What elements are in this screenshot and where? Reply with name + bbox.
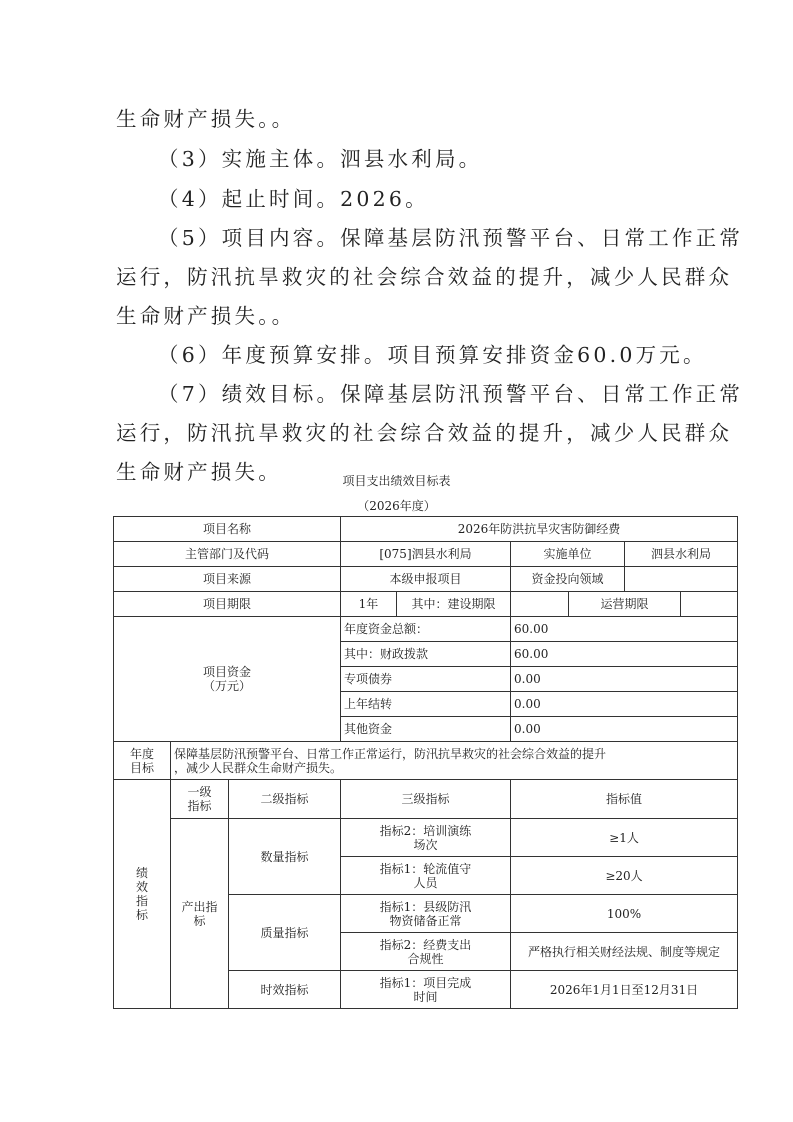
funds-row-value: 0.00 (511, 667, 738, 692)
level3-indicator: 指标1：轮流值守人员 (341, 857, 511, 895)
impl-unit: 泗县水利局 (625, 542, 738, 567)
source: 本级申报项目 (341, 567, 511, 592)
paragraph-goal: （7）绩效目标。保障基层防汛预警平台、日常工作正常 (116, 375, 728, 413)
header-level2: 二级指标 (229, 780, 341, 819)
level2-quality: 质量指标 (229, 895, 341, 971)
paragraph-implementer: （3）实施主体。泗县水利局。 (116, 140, 728, 178)
build-period (511, 592, 569, 617)
level2-quantity: 数量指标 (229, 819, 341, 895)
op-period (681, 592, 738, 617)
period-label: 项目期限 (114, 592, 341, 617)
funds-label: 项目资金（万元） (114, 617, 341, 742)
project-name: 2026年防洪抗旱灾害防御经费 (341, 517, 738, 542)
funds-row-label: 其中：财政拨款 (341, 642, 511, 667)
impl-unit-label: 实施单位 (511, 542, 625, 567)
level1-output: 产出指标 (171, 819, 229, 1009)
funds-row-value: 0.00 (511, 692, 738, 717)
paragraph-content: （5）项目内容。保障基层防汛预警平台、日常工作正常 (116, 219, 728, 257)
level3-indicator: 指标1：项目完成时间 (341, 971, 511, 1009)
funds-row-value: 60.00 (511, 617, 738, 642)
build-period-label: 其中：建设期限 (397, 592, 511, 617)
paragraph-line: 生命财产损失。。 (116, 100, 686, 138)
header-level1: 一级指标 (171, 780, 229, 819)
paragraph-period: （4）起止时间。2026。 (116, 180, 728, 218)
indicator-value: 2026年1月1日至12月31日 (511, 971, 738, 1009)
funds-row-label: 年度资金总额： (341, 617, 511, 642)
paragraph-line: 运行，防汛抗旱救灾的社会综合效益的提升，减少人民群众 (116, 258, 686, 296)
invest-area (625, 567, 738, 592)
level3-indicator: 指标1：县级防汛物资储备正常 (341, 895, 511, 933)
invest-area-label: 资金投向领域 (511, 567, 625, 592)
period: 1年 (341, 592, 397, 617)
indicator-value: 严格执行相关财经法规、制度等规定 (511, 933, 738, 971)
indicator-value: 100% (511, 895, 738, 933)
funds-row-value: 0.00 (511, 717, 738, 742)
paragraph-budget: （6）年度预算安排。项目预算安排资金60.0万元。 (116, 336, 728, 374)
funds-row-label: 上年结转 (341, 692, 511, 717)
table-title: 项目支出绩效目标表 (0, 472, 793, 489)
indicator-value: ≥1人 (511, 819, 738, 857)
funds-row-label: 其他资金 (341, 717, 511, 742)
header-level3: 三级指标 (341, 780, 511, 819)
header-value: 指标值 (511, 780, 738, 819)
source-label: 项目来源 (114, 567, 341, 592)
level2-timeliness: 时效指标 (229, 971, 341, 1009)
annual-goal: 保障基层防汛预警平台、日常工作正常运行，防汛抗旱救灾的社会综合效益的提升，减少人… (171, 742, 738, 780)
table-subtitle: （2026年度） (0, 497, 793, 514)
funds-row-label: 专项债券 (341, 667, 511, 692)
perf-indicator-label: 绩效指标 (114, 780, 171, 1009)
annual-goal-label: 年度目标 (114, 742, 171, 780)
level3-indicator: 指标2：培训演练场次 (341, 819, 511, 857)
op-period-label: 运营期限 (569, 592, 681, 617)
level3-indicator: 指标2：经费支出合规性 (341, 933, 511, 971)
paragraph-line: 生命财产损失。。 (116, 297, 686, 335)
indicator-value: ≥20人 (511, 857, 738, 895)
paragraph-line: 运行，防汛抗旱救灾的社会综合效益的提升，减少人民群众 (116, 414, 686, 452)
funds-row-value: 60.00 (511, 642, 738, 667)
project-name-label: 项目名称 (114, 517, 341, 542)
dept: [075]泗县水利局 (341, 542, 511, 567)
dept-label: 主管部门及代码 (114, 542, 341, 567)
performance-target-table: 项目名称 2026年防洪抗旱灾害防御经费 主管部门及代码 [075]泗县水利局 … (113, 516, 738, 1009)
